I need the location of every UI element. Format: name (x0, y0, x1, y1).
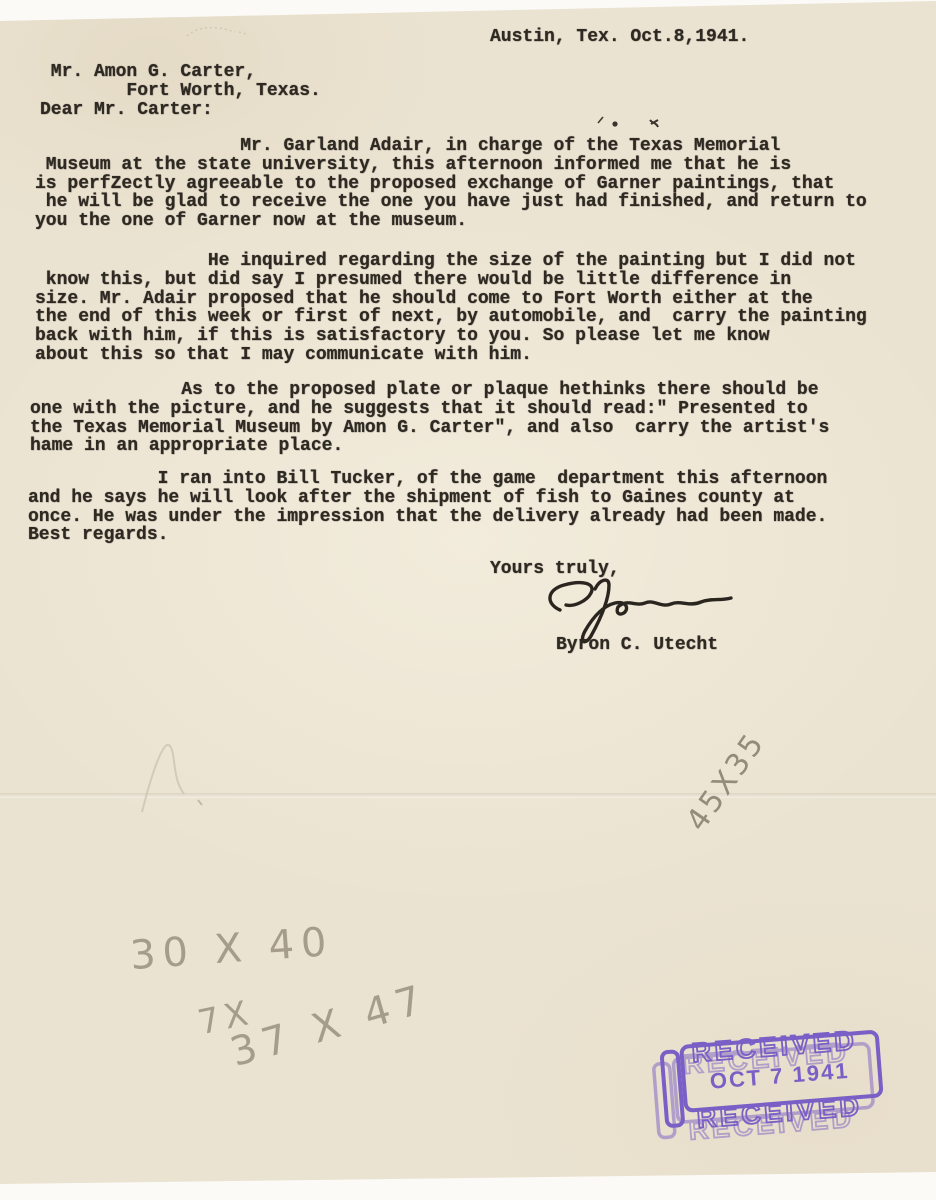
recipient-block: Mr. Amon G. Carter, Fort Worth, Texas. D… (40, 63, 321, 119)
received-stamp: RECEIVED RECEIVED RECEIVED OCT 7 1941 RE… (642, 1008, 901, 1150)
scanned-letter-page: { "document": { "dateline": "Austin, Tex… (0, 0, 936, 1200)
pencil-smudge (185, 22, 255, 42)
paragraph-1: Mr. Garland Adair, in charge of the Texa… (35, 137, 867, 231)
paragraph-3: As to the proposed plate or plaque hethi… (30, 381, 829, 456)
paragraph-4: I ran into Bill Tucker, of the game depa… (28, 470, 827, 545)
typed-name: Byron C. Utecht (556, 636, 718, 655)
dateline: Austin, Tex. Oct.8,1941. (490, 28, 749, 47)
paragraph-2: He inquired regarding the size of the pa… (35, 252, 867, 365)
ink-specks (592, 110, 672, 134)
pencil-squiggle (120, 728, 210, 823)
